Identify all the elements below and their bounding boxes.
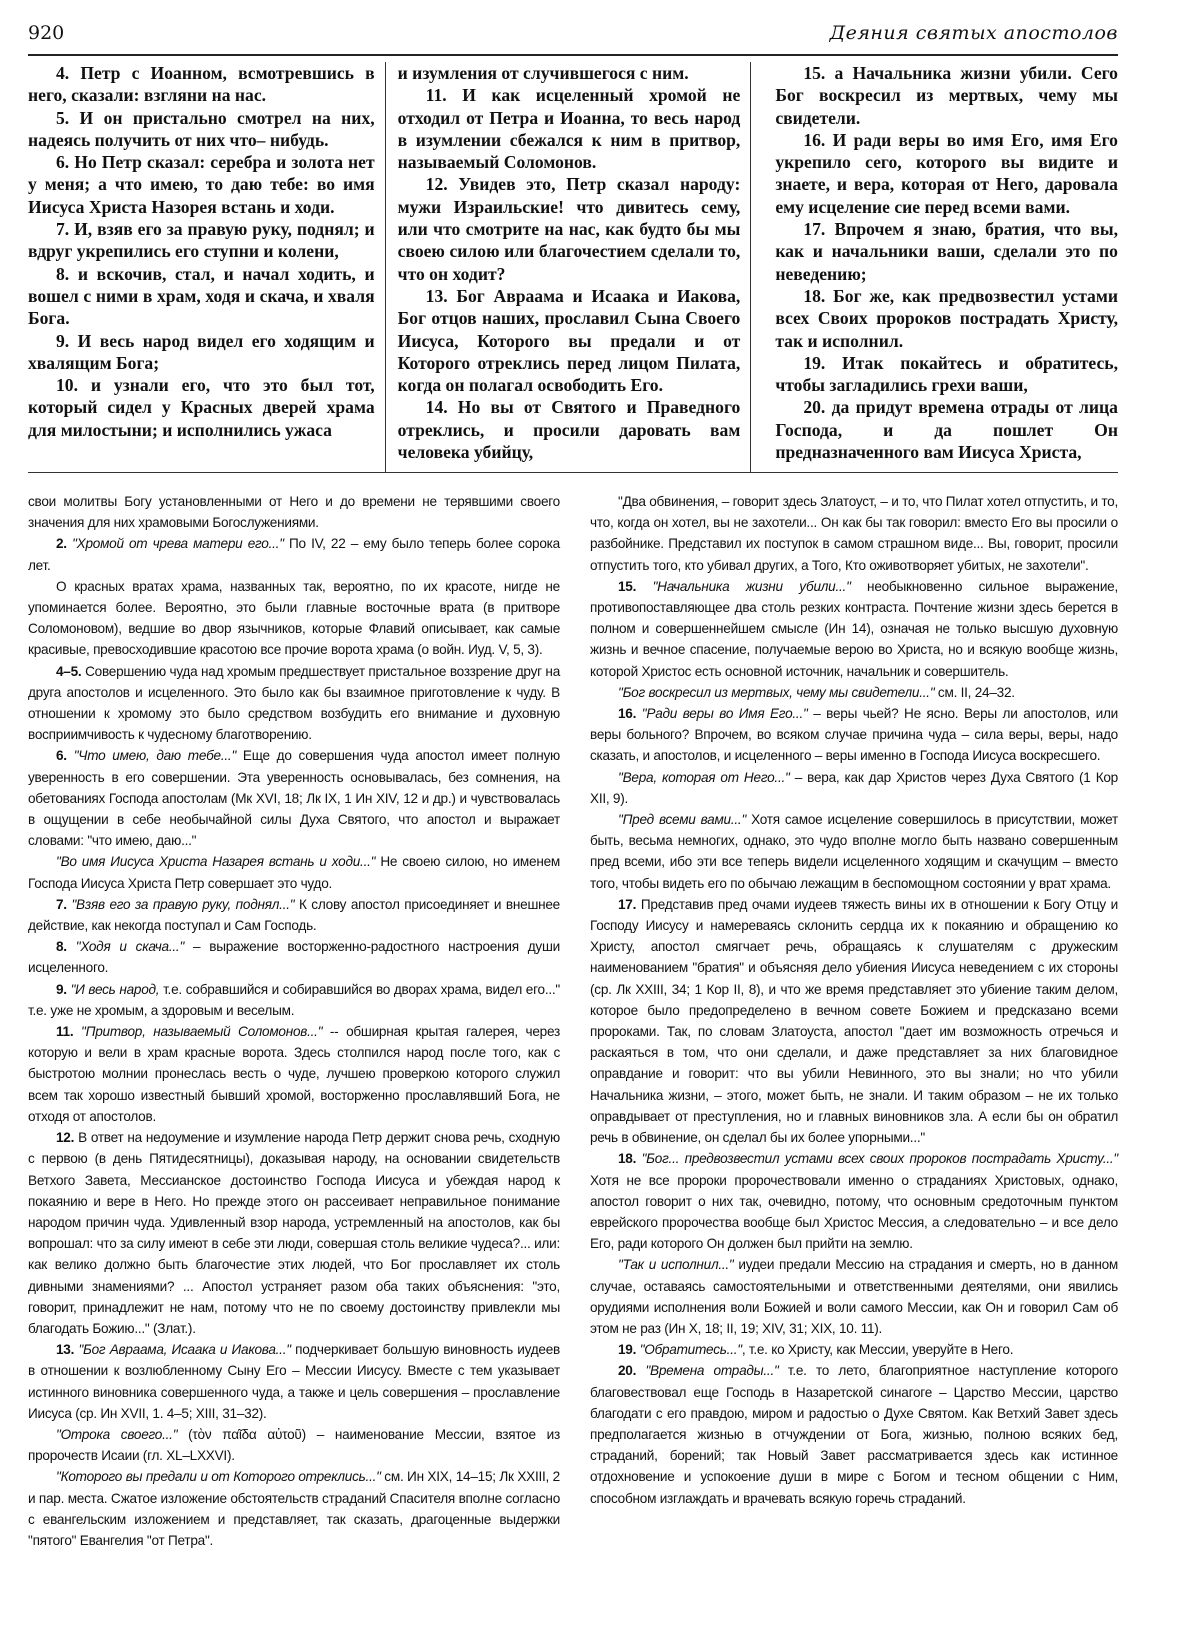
scripture-verse: 19. Итак покайтесь и обратитесь, чтобы з…: [775, 352, 1118, 397]
commentary-paragraph: 18. "Бог... предвозвестил устами всех св…: [590, 1148, 1118, 1254]
verse-reference-number: 9.: [56, 982, 71, 997]
scripture-verse: 14. Но вы от Святого и Праведного отрекл…: [398, 396, 741, 463]
verse-reference-number: 11.: [56, 1024, 81, 1039]
scripture-section: 4. Петр с Иоанном, всмотревшись в него, …: [28, 56, 1118, 473]
verse-reference-number: 19.: [618, 1342, 640, 1357]
commentary-paragraph: 20. "Времена отрады..." т.е. то лето, бл…: [590, 1360, 1118, 1508]
commentary-paragraph: 13. "Бог Авраама, Исаака и Иакова..." по…: [28, 1339, 560, 1424]
verse-reference-number: 8.: [56, 939, 76, 954]
commentary-paragraph: 6. "Что имею, даю тебе..." Еще до соверш…: [28, 745, 560, 851]
commentary-paragraph: О красных вратах храма, названных так, в…: [28, 576, 560, 661]
commentary-column-2: "Два обвинения, – говорит здесь Златоуст…: [590, 491, 1118, 1551]
commentary-text: Совершению чуда над хромым предшествует …: [28, 664, 560, 743]
quoted-phrase: "Вера, которая от Него...": [618, 770, 790, 785]
quoted-phrase: "И весь народ,: [71, 982, 160, 997]
running-title: Деяния святых апостолов: [830, 22, 1118, 44]
commentary-paragraph: "Которого вы предали и от Которого отрек…: [28, 1466, 560, 1551]
verse-reference-number: 16.: [618, 706, 642, 721]
commentary-text: О красных вратах храма, названных так, в…: [28, 579, 560, 658]
quoted-phrase: "Которого вы предали и от Которого отрек…: [56, 1469, 381, 1484]
verse-reference-number: 4–5.: [56, 664, 85, 679]
commentary-paragraph: 11. "Притвор, называемый Соломонов..." -…: [28, 1021, 560, 1127]
verse-reference-number: 15.: [618, 579, 653, 594]
commentary-paragraph: 15. "Начальника жизни убили..." необыкно…: [590, 576, 1118, 682]
quoted-phrase: "Времена отрады...": [645, 1363, 778, 1378]
scripture-verse: 9. И весь народ видел его ходящим и хвал…: [28, 330, 375, 375]
quoted-phrase: "Бог... предвозвестил устами всех своих …: [642, 1151, 1118, 1166]
page-number: 920: [28, 22, 64, 44]
commentary-paragraph: 19. "Обратитесь...", т.е. ко Христу, как…: [590, 1339, 1118, 1360]
commentary-text: т.е. то лето, благоприятное наступление …: [590, 1363, 1118, 1505]
commentary-paragraph: "Пред всеми вами..." Хотя самое исцелени…: [590, 809, 1118, 894]
scripture-verse: 17. Впрочем я знаю, братия, что вы, как …: [775, 218, 1118, 285]
commentary-paragraph: "Так и исполнил..." иудеи предали Мессию…: [590, 1254, 1118, 1339]
scripture-verse: 6. Но Петр сказал: серебра и золота нет …: [28, 151, 375, 218]
scripture-verse: 12. Увидев это, Петр сказал народу: мужи…: [398, 173, 741, 284]
quoted-phrase: "Отрока своего...": [56, 1427, 177, 1442]
scripture-verse: 11. И как исцеленный хромой не отходил о…: [398, 84, 741, 173]
page-header: 920 Деяния святых апостолов: [28, 0, 1118, 56]
commentary-text: свои молитвы Богу установленными от Него…: [28, 494, 560, 530]
commentary-paragraph: "Бог воскресил из мертвых, чему мы свиде…: [590, 682, 1118, 703]
commentary-paragraph: "Во имя Иисуса Христа Назарея встань и х…: [28, 851, 560, 893]
quoted-phrase: "Ходя и скача...": [76, 939, 184, 954]
scripture-verse: 20. да придут времена отрады от лица Гос…: [775, 396, 1118, 463]
scripture-verse: 10. и узнали его, что это был тот, котор…: [28, 374, 375, 441]
quoted-phrase: "Начальника жизни убили...": [653, 579, 851, 594]
commentary-paragraph: 2. "Хромой от чрева матери его..." По IV…: [28, 533, 560, 575]
commentary-text: Хотя не все пророки пророчествовали имен…: [590, 1173, 1118, 1252]
quoted-phrase: "Хромой от чрева матери его...": [72, 536, 284, 551]
commentary-paragraph: "Два обвинения, – говорит здесь Златоуст…: [590, 491, 1118, 576]
commentary-text: , т.е. ко Христу, как Мессии, уверуйте в…: [742, 1342, 1013, 1357]
scripture-verse: 8. и вскочив, стал, и начал ходить, и во…: [28, 263, 375, 330]
scripture-verse: 4. Петр с Иоанном, всмотревшись в него, …: [28, 62, 375, 107]
verse-reference-number: 17.: [618, 897, 641, 912]
quoted-phrase: "Во имя Иисуса Христа Назарея встань и х…: [56, 854, 375, 869]
verse-reference-number: 12.: [56, 1130, 78, 1145]
scripture-column-1: 4. Петр с Иоанном, всмотревшись в него, …: [28, 62, 386, 472]
verse-reference-number: 2.: [56, 536, 72, 551]
quoted-phrase: "Так и исполнил...": [618, 1257, 734, 1272]
scripture-column-3: 15. а Начальника жизни убили. Сего Бог в…: [751, 62, 1118, 472]
commentary-text: "Два обвинения, – говорит здесь Златоуст…: [590, 494, 1118, 573]
scripture-verse: 16. И ради веры во имя Его, имя Его укре…: [775, 129, 1118, 218]
commentary-paragraph: "Отрока своего..." (τὸν παῖδα αὐτοῦ) – н…: [28, 1424, 560, 1466]
commentary-paragraph: 16. "Ради веры во Имя Его..." – веры чье…: [590, 703, 1118, 767]
commentary-text: см. II, 24–32.: [934, 685, 1014, 700]
commentary-paragraph: 7. "Взяв его за правую руку, поднял..." …: [28, 894, 560, 936]
commentary-paragraph: 4–5. Совершению чуда над хромым предшест…: [28, 661, 560, 746]
quoted-phrase: "Пред всеми вами...": [618, 812, 746, 827]
quoted-phrase: "Взяв его за правую руку, поднял...": [71, 897, 294, 912]
commentary-column-1: свои молитвы Богу установленными от Него…: [28, 491, 560, 1551]
quoted-phrase: "Бог Авраама, Исаака и Иакова...": [78, 1342, 290, 1357]
commentary-text: В ответ на недоумение и изумление народа…: [28, 1130, 560, 1336]
verse-reference-number: 18.: [618, 1151, 642, 1166]
commentary-section: свои молитвы Богу установленными от Него…: [28, 473, 1118, 1551]
commentary-paragraph: 9. "И весь народ, т.е. собравшийся и соб…: [28, 979, 560, 1021]
commentary-paragraph: 12. В ответ на недоумение и изумление на…: [28, 1127, 560, 1339]
scripture-verse: 7. И, взяв его за правую руку, поднял; и…: [28, 218, 375, 263]
quoted-phrase: "Ради веры во Имя Его...": [642, 706, 808, 721]
commentary-paragraph: свои молитвы Богу установленными от Него…: [28, 491, 560, 533]
scripture-verse: и изумления от случившегося с ним.: [398, 62, 741, 84]
commentary-text: Представив пред очами иудеев тяжесть вин…: [590, 897, 1118, 1145]
scripture-verse: 5. И он пристально смотрел на них, надея…: [28, 107, 375, 152]
verse-reference-number: 6.: [56, 748, 74, 763]
quoted-phrase: "Бог воскресил из мертвых, чему мы свиде…: [618, 685, 934, 700]
quoted-phrase: "Обратитесь...": [640, 1342, 742, 1357]
commentary-paragraph: 17. Представив пред очами иудеев тяжесть…: [590, 894, 1118, 1148]
scripture-verse: 15. а Начальника жизни убили. Сего Бог в…: [775, 62, 1118, 129]
verse-reference-number: 7.: [56, 897, 71, 912]
scripture-column-2: и изумления от случившегося с ним.11. И …: [386, 62, 752, 472]
verse-reference-number: 20.: [618, 1363, 645, 1378]
quoted-phrase: "Притвор, называемый Соломонов...": [81, 1024, 322, 1039]
scripture-verse: 13. Бог Авраама и Исаака и Иакова, Бог о…: [398, 285, 741, 396]
commentary-paragraph: "Вера, которая от Него..." – вера, как д…: [590, 767, 1118, 809]
verse-reference-number: 13.: [56, 1342, 78, 1357]
scripture-verse: 18. Бог же, как предвозвестил устами все…: [775, 285, 1118, 352]
commentary-paragraph: 8. "Ходя и скача..." – выражение восторж…: [28, 936, 560, 978]
quoted-phrase: "Что имею, даю тебе...": [74, 748, 236, 763]
book-page: 920 Деяния святых апостолов 4. Петр с Ио…: [28, 0, 1118, 1551]
